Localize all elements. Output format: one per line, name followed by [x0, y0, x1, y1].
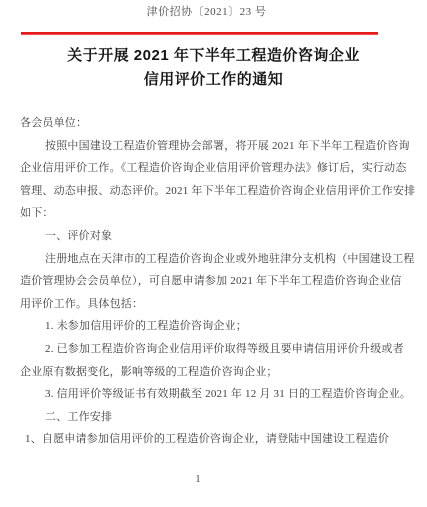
body-line: 管理、动态申报、动态评价。2021 年下半年工程造价咨询企业信用评价工作安排	[20, 180, 416, 203]
red-divider-line	[21, 32, 378, 35]
body-line: 造价管理协会会员单位），可自愿申请参加 2021 年下半年工程造价咨询企业信	[20, 270, 416, 293]
body-line: 企业原有数据变化，影响等级的工程造价咨询企业；	[20, 361, 416, 384]
body-line: 企业信用评价工作。《工程造价咨询企业信用评价管理办法》修订后，实行动态	[20, 157, 416, 180]
list-item-2: 2. 已参加工程造价咨询企业信用评价取得等级且要申请信用评价升级或者	[20, 338, 416, 361]
notice-title-line-1: 关于开展 2021 年下半年工程造价咨询企业	[0, 44, 427, 68]
section-heading-2: 二、工作安排	[20, 406, 416, 429]
salutation-line: 各会员单位：	[20, 112, 416, 135]
body-line: 按照中国建设工程造价管理协会部署，将开展 2021 年下半年工程造价咨询	[20, 135, 416, 158]
notice-body: 各会员单位： 按照中国建设工程造价管理协会部署，将开展 2021 年下半年工程造…	[20, 112, 416, 451]
body-line: 用评价工作。具体包括：	[20, 293, 416, 316]
list-item-3: 3. 信用评价等级证书有效期截至 2021 年 12 月 31 日的工程造价咨询…	[20, 383, 416, 406]
document-number: 津价招协〔2021〕23 号	[0, 3, 413, 19]
notice-document-page: 津价招协〔2021〕23 号 关于开展 2021 年下半年工程造价咨询企业 信用…	[0, 0, 427, 507]
page-number: 1	[0, 474, 396, 485]
body-line: 如下：	[20, 202, 416, 225]
body-line: 注册地点在天津市的工程造价咨询企业或外地驻津分支机构（中国建设工程	[20, 248, 416, 271]
notice-title-line-2: 信用评价工作的通知	[0, 68, 427, 92]
notice-title: 关于开展 2021 年下半年工程造价咨询企业 信用评价工作的通知	[0, 44, 427, 92]
body-line: 1、自愿申请参加信用评价的工程造价咨询企业，请登陆中国建设工程造价	[20, 428, 416, 451]
section-heading-1: 一、评价对象	[20, 225, 416, 248]
list-item-1: 1. 未参加信用评价的工程造价咨询企业；	[20, 315, 416, 338]
